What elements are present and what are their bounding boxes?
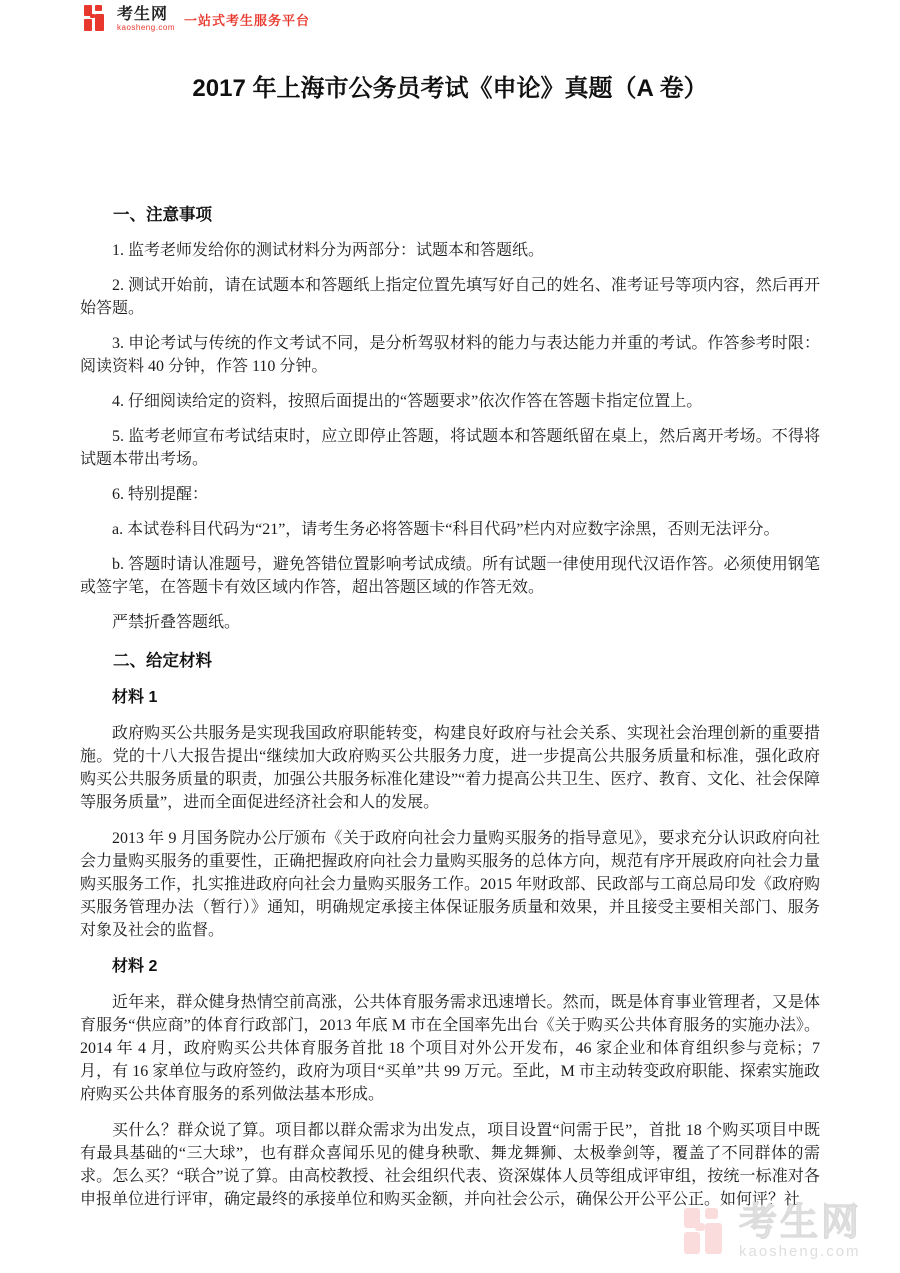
notice-item-5: 5. 监考老师宣布考试结束时，应立即停止答题，将试题本和答题纸留在桌上，然后离开… xyxy=(80,425,820,471)
notice-item-6a: a. 本试卷科目代码为“21”，请考生务必将答题卡“科目代码”栏内对应数字涂黑，… xyxy=(80,518,820,541)
material-1-label: 材料 1 xyxy=(80,686,820,709)
brand-domain: kaosheng.com xyxy=(117,24,175,32)
section-heading-notices: 一、注意事项 xyxy=(80,204,820,227)
section-heading-materials: 二、给定材料 xyxy=(80,650,820,673)
watermark-brand-domain: kaosheng.com xyxy=(739,1244,862,1259)
material-2-label: 材料 2 xyxy=(80,955,820,978)
kaosheng-logo-icon xyxy=(84,4,108,32)
material-1-paragraph-2: 2013 年 9 月国务院办公厅颁布《关于政府向社会力量购买服务的指导意见》，要… xyxy=(80,827,820,942)
watermark-text-block: 考生网 kaosheng.com xyxy=(739,1204,862,1259)
kaosheng-watermark-icon xyxy=(684,1206,729,1258)
kaosheng-watermark: 考生网 kaosheng.com xyxy=(684,1204,862,1259)
notice-item-3: 3. 申论考试与传统的作文考试不同，是分析驾驭材料的能力与表达能力并重的考试。作… xyxy=(80,332,820,378)
kaosheng-brand-header: 考生网 kaosheng.com 一站式考生服务平台 xyxy=(84,4,310,32)
material-2-paragraph-1: 近年来，群众健身热情空前高涨，公共体育服务需求迅速增长。然而，既是体育事业管理者… xyxy=(80,991,820,1106)
material-1-paragraph-1: 政府购买公共服务是实现我国政府职能转变，构建良好政府与社会关系、实现社会治理创新… xyxy=(80,722,820,814)
exam-paper-page: 考生网 kaosheng.com 一站式考生服务平台 2017 年上海市公务员考… xyxy=(0,0,900,1211)
notice-item-6: 6. 特别提醒： xyxy=(80,483,820,506)
brand-name: 考生网 xyxy=(117,7,175,23)
notice-item-1: 1. 监考老师发给你的测试材料分为两部分：试题本和答题纸。 xyxy=(80,239,820,262)
notice-item-2: 2. 测试开始前，请在试题本和答题纸上指定位置先填写好自己的姓名、准考证号等项内… xyxy=(80,274,820,320)
notice-item-4: 4. 仔细阅读给定的资料，按照后面提出的“答题要求”依次作答在答题卡指定位置上。 xyxy=(80,390,820,413)
notice-item-no-fold: 严禁折叠答题纸。 xyxy=(80,611,820,634)
document-body: 一、注意事项 1. 监考老师发给你的测试材料分为两部分：试题本和答题纸。 2. … xyxy=(80,204,820,1211)
notice-item-6b: b. 答题时请认准题号，避免答错位置影响考试成绩。所有试题一律使用现代汉语作答。… xyxy=(80,553,820,599)
brand-name-block: 考生网 kaosheng.com xyxy=(117,7,175,32)
material-2-paragraph-2: 买什么？群众说了算。项目都以群众需求为出发点，项目设置“问需于民”，首批 18 … xyxy=(80,1119,820,1211)
brand-tagline: 一站式考生服务平台 xyxy=(184,10,310,32)
